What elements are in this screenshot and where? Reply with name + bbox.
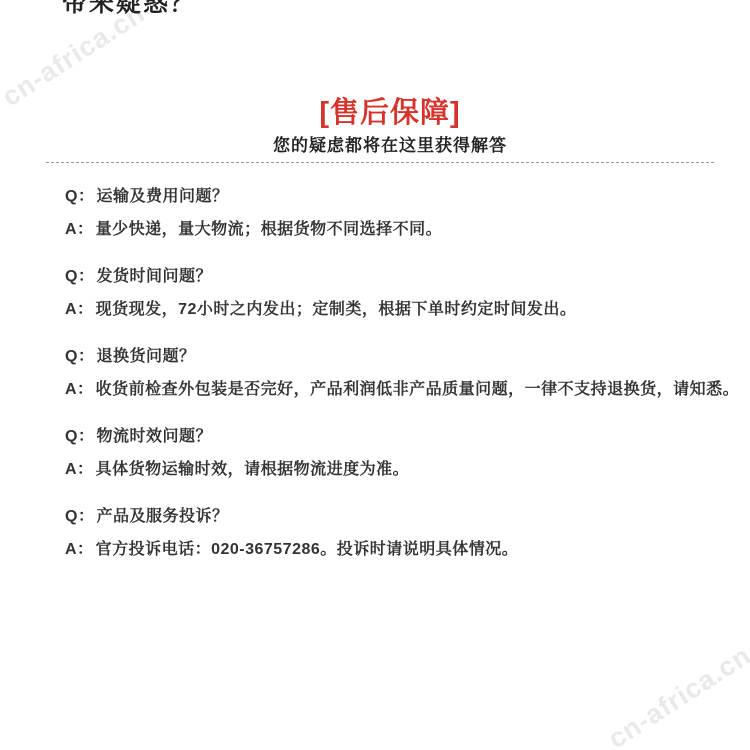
answer-text: 具体货物运输时效，请根据物流进度为准。: [96, 461, 410, 478]
answer-text: 收货前检查外包装是否完好，产品利润低非产品质量问题，一律不支持退换货，请知悉。: [96, 381, 740, 398]
section-subtitle: 您的疑虑都将在这里获得解答: [15, 137, 750, 154]
question-text: 物流时效问题？: [96, 428, 212, 445]
a-label: A：: [65, 221, 94, 239]
answer-line: A：收货前检查外包装是否完好，产品利润低非产品质量问题，一律不支持退换货，请知悉…: [65, 381, 725, 399]
q-label: Q：: [65, 268, 94, 286]
question-line: Q：退换货问题？: [65, 348, 725, 366]
qa-pair-shipping-cost: Q：运输及费用问题？ A：量少快递，量大物流；根据货物不同选择不同。: [65, 188, 725, 239]
question-text: 产品及服务投诉？: [96, 508, 228, 525]
qa-pair-complaints: Q：产品及服务投诉？ A：官方投诉电话：020-36757286。投诉时请说明具…: [65, 508, 725, 559]
section-title: [售后保障]: [15, 98, 750, 128]
watermark-bottom-right: cn-africa.cn: [603, 640, 750, 750]
question-line: Q：运输及费用问题？: [65, 188, 725, 206]
answer-text: 量少快递，量大物流；根据货物不同选择不同。: [96, 221, 443, 238]
question-line: Q：产品及服务投诉？: [65, 508, 725, 526]
question-line: Q：发货时间问题？: [65, 268, 725, 286]
q-label: Q：: [65, 428, 94, 446]
q-label: Q：: [65, 188, 94, 206]
dashed-divider: [46, 162, 714, 163]
faq-list: Q：运输及费用问题？ A：量少快递，量大物流；根据货物不同选择不同。 Q：发货时…: [65, 188, 725, 588]
q-label: Q：: [65, 348, 94, 366]
answer-line: A：具体货物运输时效，请根据物流进度为准。: [65, 461, 725, 479]
q-label: Q：: [65, 508, 94, 526]
question-text: 运输及费用问题？: [96, 188, 228, 205]
a-label: A：: [65, 381, 94, 399]
section-header: [售后保障] 您的疑虑都将在这里获得解答: [15, 98, 750, 154]
answer-line: A：现货现发，72小时之内发出；定制类，根据下单时约定时间发出。: [65, 301, 725, 319]
question-text: 退换货问题？: [96, 348, 195, 365]
after-sales-guarantee-page: cn-africa.cn cn-africa.cn 带来疑惑？ [售后保障] 您…: [0, 0, 750, 750]
qa-pair-returns: Q：退换货问题？ A：收货前检查外包装是否完好，产品利润低非产品质量问题，一律不…: [65, 348, 725, 399]
qa-pair-delivery-time: Q：发货时间问题？ A：现货现发，72小时之内发出；定制类，根据下单时约定时间发…: [65, 268, 725, 319]
a-label: A：: [65, 541, 94, 559]
answer-line: A：量少快递，量大物流；根据货物不同选择不同。: [65, 221, 725, 239]
a-label: A：: [65, 461, 94, 479]
clipped-previous-section-text: 带来疑惑？: [62, 0, 197, 19]
answer-text: 官方投诉电话：020-36757286。投诉时请说明具体情况。: [96, 541, 519, 558]
question-line: Q：物流时效问题？: [65, 428, 725, 446]
question-text: 发货时间问题？: [96, 268, 212, 285]
answer-line: A：官方投诉电话：020-36757286。投诉时请说明具体情况。: [65, 541, 725, 559]
a-label: A：: [65, 301, 94, 319]
answer-text: 现货现发，72小时之内发出；定制类，根据下单时约定时间发出。: [96, 301, 577, 318]
qa-pair-logistics-timing: Q：物流时效问题？ A：具体货物运输时效，请根据物流进度为准。: [65, 428, 725, 479]
